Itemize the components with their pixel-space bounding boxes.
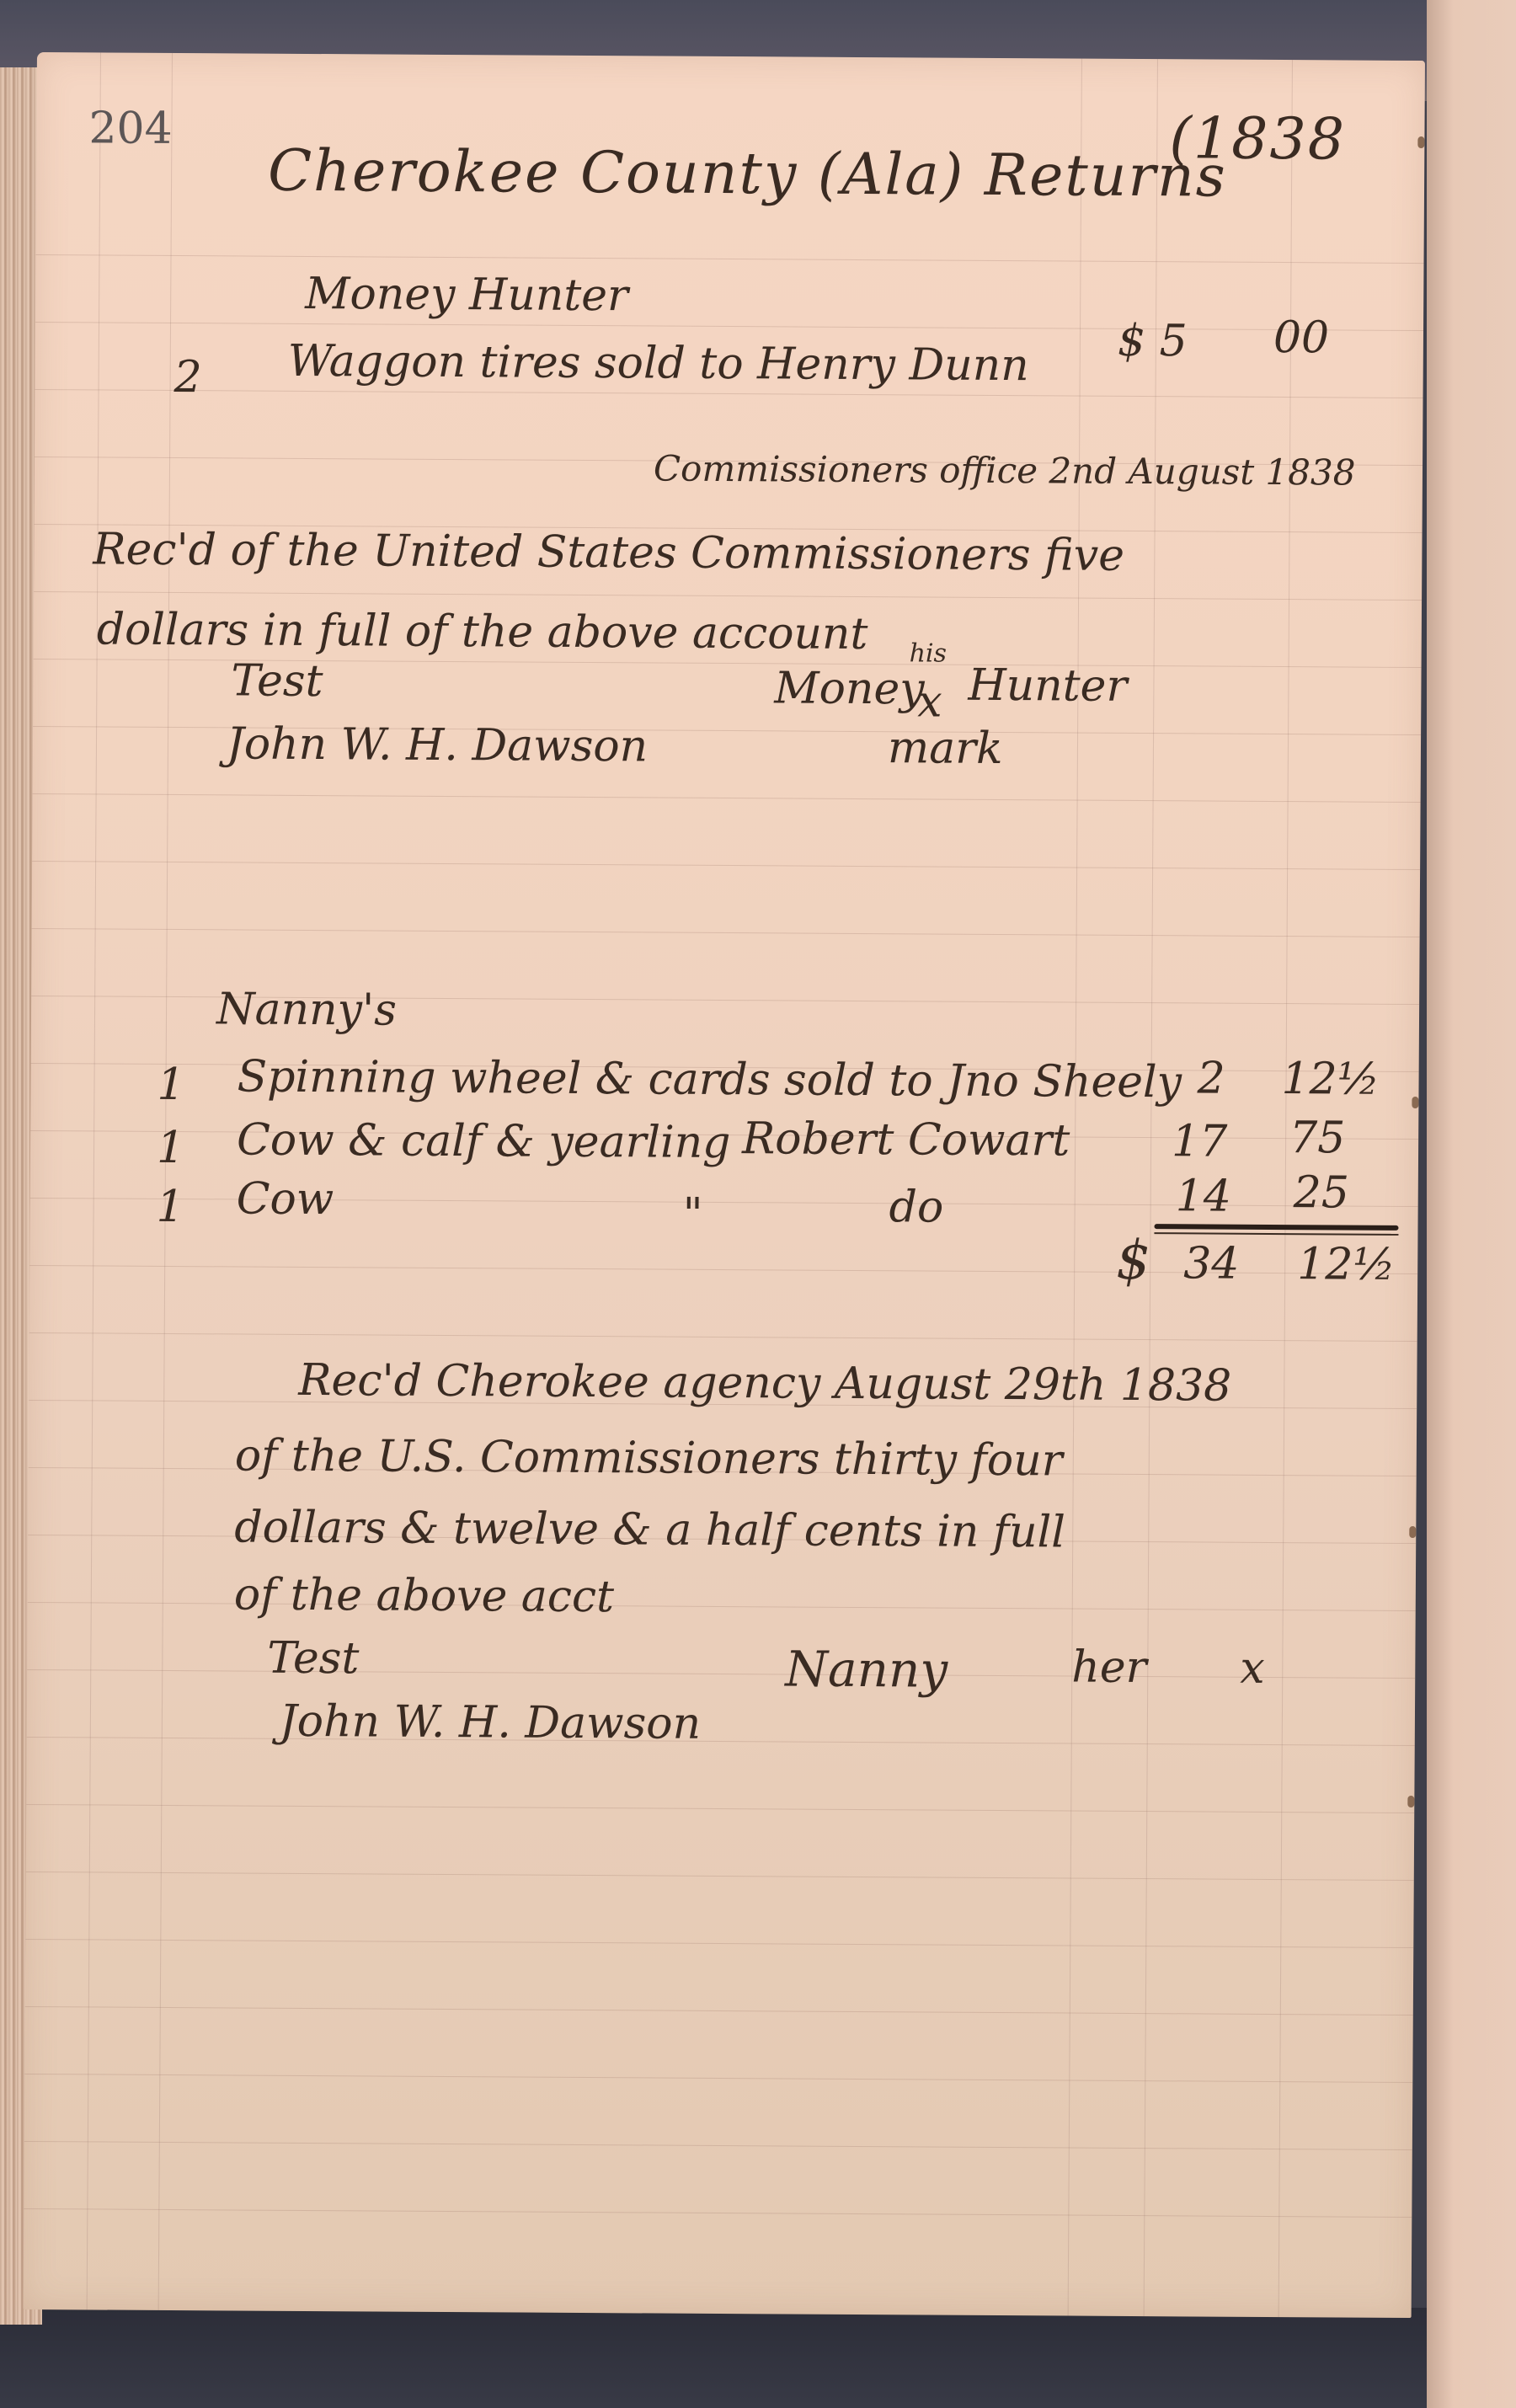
entry-1-item-cents: 00	[1273, 312, 1330, 363]
entry-2-item-2-cents: 75	[1289, 1113, 1346, 1163]
entry-2-item-3-cents: 25	[1294, 1167, 1350, 1218]
entry-2-item-2-dollars: 17	[1172, 1116, 1228, 1167]
binding-stitch	[1409, 1526, 1416, 1538]
total-underline	[1154, 1224, 1398, 1231]
entry-1-receipt-line-2: dollars in full of the above account	[97, 604, 868, 659]
facing-page-edge	[1427, 0, 1516, 2408]
entry-2-signer-her: her	[1071, 1642, 1146, 1694]
entry-2-receipt-line-1: Rec'd Cherokee agency August 29th 1838	[298, 1355, 1231, 1412]
margin-line	[87, 52, 101, 2309]
entry-1-signer-name: Money	[774, 663, 925, 714]
entry-2-total-symbol: $	[1116, 1230, 1150, 1292]
ruled-line	[32, 861, 1420, 870]
column-line	[1068, 59, 1082, 2316]
binding-stitch	[1407, 1796, 1414, 1807]
entry-2-item-3-dollars: 14	[1176, 1171, 1232, 1221]
entry-2-item-1-cents: 12½	[1281, 1054, 1380, 1105]
page-year: (1838	[1169, 105, 1346, 173]
ruled-line	[36, 254, 1424, 264]
entry-2-item-2-qty: 1	[157, 1123, 184, 1173]
ruled-line	[33, 793, 1421, 803]
ruled-line	[25, 2006, 1413, 2016]
entry-2-name: Nanny's	[216, 984, 397, 1035]
entry-2-item-2-description: Cow & calf & yearling	[237, 1114, 731, 1168]
total-underline	[1154, 1232, 1398, 1236]
entry-2-signer-mark-x: x	[1240, 1643, 1265, 1694]
entry-1-receipt-line-1: Rec'd of the United States Commissioners…	[93, 524, 1124, 580]
ruled-line	[25, 1939, 1413, 1948]
entry-1-receipt-place-date: Commissioners office 2nd August 1838	[654, 447, 1356, 493]
ruled-line	[35, 389, 1423, 398]
entry-1-test-label: Test	[231, 655, 323, 707]
page-number: 204	[88, 103, 173, 154]
entry-2-item-1-qty: 1	[157, 1060, 184, 1110]
entry-2-item-3-ditto: "	[682, 1189, 702, 1240]
entry-1-item-dollars: $ 5	[1118, 316, 1188, 367]
entry-2-item-3-description: Cow	[237, 1173, 334, 1225]
entry-2-item-3-qty: 1	[156, 1182, 184, 1232]
entry-1-signer-mark-x: x	[917, 676, 942, 727]
entry-1-item-description: Waggon tires sold to Henry Dunn	[288, 336, 1029, 391]
entry-1-name: Money Hunter	[305, 269, 628, 321]
ruled-line	[24, 2208, 1412, 2218]
page-title: Cherokee County (Ala) Returns	[268, 138, 1227, 211]
ruled-line	[27, 1669, 1415, 1679]
entry-2-receipt-line-4: of the above acct	[234, 1569, 615, 1622]
entry-1-witness: John W. H. Dawson	[227, 718, 649, 772]
ruled-line	[26, 1871, 1414, 1881]
ruled-line	[24, 2141, 1412, 2150]
ruled-line	[29, 1332, 1417, 1342]
ruled-line	[35, 322, 1423, 331]
ruled-line	[32, 928, 1420, 937]
entry-2-total-cents: 12½	[1297, 1239, 1396, 1290]
entry-2-receipt-line-2: of the U.S. Commissioners thirty four	[235, 1430, 1063, 1486]
entry-1-item-qty: 2	[173, 352, 201, 403]
entry-2-witness: John W. H. Dawson	[280, 1696, 702, 1749]
ruled-line	[34, 591, 1422, 601]
ruled-line	[24, 2074, 1412, 2083]
entry-2-signer-name: Nanny	[785, 1640, 947, 1698]
ruled-line	[26, 1804, 1414, 1813]
entry-2-item-3-buyer: do	[889, 1182, 943, 1232]
entry-2-item-2-buyer: Robert Cowart	[742, 1113, 1070, 1166]
ruled-line	[27, 1737, 1415, 1746]
entry-2-item-1-dollars: 2	[1197, 1053, 1225, 1103]
entry-2-test-label: Test	[267, 1633, 359, 1685]
ledger-page: 204 Cherokee County (Ala) Returns (1838 …	[24, 52, 1425, 2318]
binding-stitch	[1417, 136, 1424, 148]
column-line	[1144, 59, 1158, 2316]
column-line	[1278, 60, 1293, 2317]
entry-1-signer-surname: Hunter	[968, 660, 1127, 712]
binding-stitch	[1412, 1097, 1418, 1108]
entry-2-item-1-description: Spinning wheel & cards sold to Jno Sheel…	[237, 1051, 1182, 1108]
entry-2-receipt-line-3: dollars & twelve & a half cents in full	[234, 1502, 1065, 1557]
entry-2-total-dollars: 34	[1183, 1238, 1240, 1289]
background-cloth-bottom	[0, 2308, 1516, 2408]
entry-1-signer-mark-label: mark	[888, 723, 1003, 774]
